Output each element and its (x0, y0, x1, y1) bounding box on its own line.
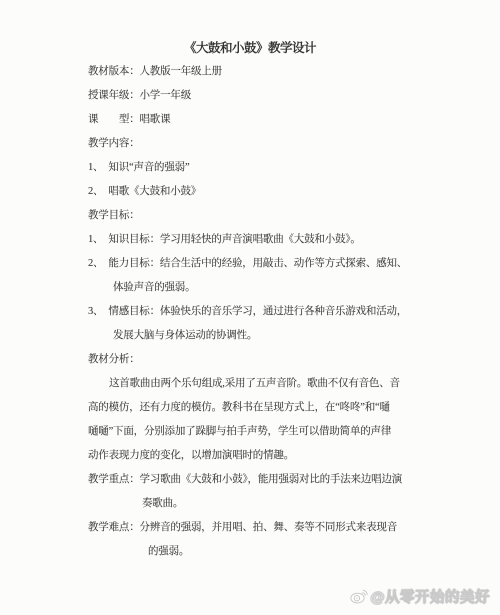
doc-line-analysis-4: 动作表现力度的变化，以增加演唱时的情趣。 (88, 444, 433, 468)
doc-line-goal-3-cont: 发展大脑与身体运动的协调性。 (88, 324, 433, 348)
doc-line-goal-2-cont: 体验声音的强弱。 (88, 276, 433, 300)
doc-title: 《大鼓和小鼓》教学设计 (0, 38, 500, 56)
doc-line-key-point: 教学重点：学习歌曲《大鼓和小鼓》，能用强弱对比的手法来边唱边演 (88, 468, 433, 492)
doc-heading-analysis: 教材分析： (88, 348, 433, 372)
doc-heading-content: 教学内容： (88, 132, 433, 156)
doc-line-analysis-2: 高的模仿，还有力度的模仿。教科书在呈现方式上，在“咚咚”和“嗵 (88, 396, 433, 420)
watermark: @从零开始的美好 (350, 586, 490, 607)
doc-line-content-item-1: 1、 知识“声音的强弱” (88, 156, 433, 180)
doc-line-lesson-type: 课 型：唱歌课 (88, 108, 433, 132)
doc-line-goal-3: 3、 情感目标：体验快乐的音乐学习，通过进行各种音乐游戏和活动， (88, 300, 433, 324)
document-page: 《大鼓和小鼓》教学设计 教材版本：人教版一年级上册 授课年级：小学一年级 课 型… (0, 0, 500, 615)
weibo-icon (350, 589, 368, 605)
doc-line-key-point-cont: 奏歌曲。 (88, 492, 433, 516)
doc-body: 教材版本：人教版一年级上册 授课年级：小学一年级 课 型：唱歌课 教学内容： 1… (88, 60, 433, 564)
doc-line-analysis-1: 这首歌曲由两个乐句组成,采用了五声音阶。歌曲不仅有音色、音 (88, 372, 433, 396)
doc-line-content-item-2: 2、 唱歌《大鼓和小鼓》 (88, 180, 433, 204)
doc-line-analysis-3: 嗵嗵”下面，分别添加了跺脚与拍手声势，学生可以借助简单的声律 (88, 420, 433, 444)
doc-line-goal-1: 1、 知识目标：学习用轻快的声音演唱歌曲《大鼓和小鼓》。 (88, 228, 433, 252)
doc-line-goal-2: 2、 能力目标：结合生活中的经验，用敲击、动作等方式探索、感知、 (88, 252, 433, 276)
doc-line-difficulty: 教学难点：分辨音的强弱，并用唱、拍、舞、奏等不同形式来表现音 (88, 516, 433, 540)
doc-line-grade: 授课年级：小学一年级 (88, 84, 433, 108)
doc-heading-goals: 教学目标： (88, 204, 433, 228)
watermark-text: @从零开始的美好 (370, 586, 490, 607)
doc-line-difficulty-cont: 的强弱。 (88, 540, 433, 564)
doc-line-textbook-edition: 教材版本：人教版一年级上册 (88, 60, 433, 84)
